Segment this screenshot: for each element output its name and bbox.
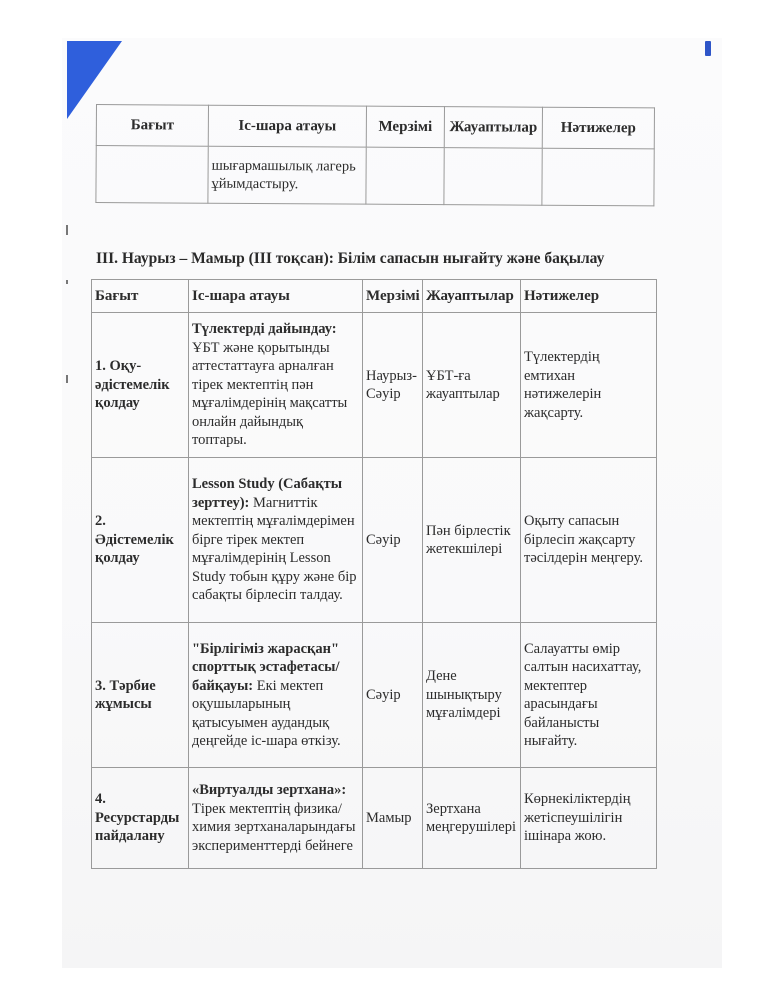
corner-mark-decoration xyxy=(705,41,711,56)
header-activity: Іс-шара атауы xyxy=(208,105,366,147)
cell-direction: 2. Әдістемелік қолдау xyxy=(92,458,189,623)
binding-marks xyxy=(66,225,69,405)
cell-activity: Lesson Study (Сабақты зерттеу): Магнитті… xyxy=(189,458,363,623)
activity-title: Түлектерді дайындау: xyxy=(192,321,337,337)
section-heading: III. Наурыз – Мамыр (III тоқсан): Білім … xyxy=(96,250,604,268)
cell-result: Оқыту сапасын бірлесіп жақсарту тәсілдер… xyxy=(521,458,657,623)
table-header-row: Бағыт Іс-шара атауы Мерзімі Жауаптылар Н… xyxy=(96,105,654,149)
cell-activity: шығармашылық лагерь ұйымдастыру. xyxy=(208,146,366,204)
table-row: шығармашылық лагерь ұйымдастыру. xyxy=(96,146,654,206)
cell-direction xyxy=(96,146,208,204)
cell-activity: Түлектерді дайындау: ҰБТ және қорытынды … xyxy=(189,313,363,458)
activity-description: ҰБТ және қорытынды аттестаттауға арналға… xyxy=(192,340,347,449)
header-direction: Бағыт xyxy=(96,105,208,147)
cell-responsible: Пән бірлестік жетекшілері xyxy=(423,458,521,623)
cell-responsible: Дене шынықтыру мұғалімдері xyxy=(423,623,521,768)
table-row: 2. Әдістемелік қолдау Lesson Study (Саба… xyxy=(92,458,657,623)
header-deadline: Мерзімі xyxy=(363,280,423,313)
cell-result: Түлектердің емтихан нәтижелерін жақсарту… xyxy=(521,313,657,458)
cell-responsible: Зертхана меңгерушілері xyxy=(423,768,521,869)
header-direction: Бағыт xyxy=(92,280,189,313)
cell-deadline: Наурыз-Сәуір xyxy=(363,313,423,458)
cell-deadline: Мамыр xyxy=(363,768,423,869)
activity-description: Тірек мектептің физика/химия зертханалар… xyxy=(192,801,356,854)
table-header-row: Бағыт Іс-шара атауы Мерзімі Жауаптылар Н… xyxy=(92,280,657,313)
cell-responsible: ҰБТ-ға жауаптылар xyxy=(423,313,521,458)
activity-description: Магниттік мектептің мұғалімдерімен бірге… xyxy=(192,495,357,604)
table-row: 1. Оқу-әдістемелік қолдау Түлектерді дай… xyxy=(92,313,657,458)
header-activity: Іс-шара атауы xyxy=(189,280,363,313)
cell-direction: 1. Оқу-әдістемелік қолдау xyxy=(92,313,189,458)
cell-result: Салауатты өмір салтын насихаттау, мектеп… xyxy=(521,623,657,768)
header-responsible: Жауаптылар xyxy=(423,280,521,313)
table-row: 4. Ресурстарды пайдалану «Виртуалды зерт… xyxy=(92,768,657,869)
header-result: Нәтижелер xyxy=(521,280,657,313)
continued-plan-table: Бағыт Іс-шара атауы Мерзімі Жауаптылар Н… xyxy=(95,104,655,206)
table-row: 3. Тәрбие жұмысы "Бірлігіміз жарасқан" с… xyxy=(92,623,657,768)
header-responsible: Жауаптылар xyxy=(444,107,542,149)
cell-result: Көрнекіліктердің жетіспеушілігін ішінара… xyxy=(521,768,657,869)
activity-title: «Виртуалды зертхана»: xyxy=(192,782,346,798)
header-result: Нәтижелер xyxy=(542,107,654,149)
cell-direction: 4. Ресурстарды пайдалану xyxy=(92,768,189,869)
cell-deadline: Сәуір xyxy=(363,458,423,623)
cell-activity: «Виртуалды зертхана»: Тірек мектептің фи… xyxy=(189,768,363,869)
cell-activity: "Бірлігіміз жарасқан" спорттық эстафетас… xyxy=(189,623,363,768)
cell-deadline: Сәуір xyxy=(363,623,423,768)
cell-responsible xyxy=(444,148,542,206)
cell-deadline xyxy=(366,147,444,204)
cell-direction: 3. Тәрбие жұмысы xyxy=(92,623,189,768)
quarter-plan-table: Бағыт Іс-шара атауы Мерзімі Жауаптылар Н… xyxy=(91,279,657,869)
header-deadline: Мерзімі xyxy=(366,106,444,147)
cell-result xyxy=(542,148,654,206)
